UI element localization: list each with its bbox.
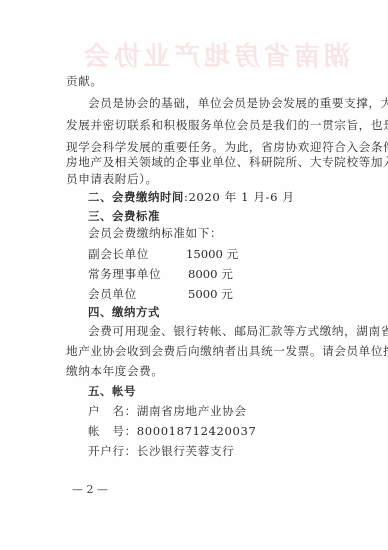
fee-label: 会员单位	[88, 286, 137, 302]
section-heading: 三、会费标准	[88, 209, 366, 223]
page-number: — 2 —	[72, 483, 108, 496]
bank-name: 开户行：长沙银行芙蓉支行	[88, 444, 366, 458]
fee-amount: 5000 元	[188, 286, 233, 302]
paragraph-line: 缴纳本年度会费。	[66, 364, 344, 378]
section-payment-time: 二、会费缴纳时间:2020 年 1 月-6 月	[88, 190, 366, 204]
fee-label: 常务理事单位	[88, 266, 161, 282]
account-name: 户 名：湖南省房地产业协会	[88, 404, 366, 418]
section-heading: 四、缴纳方式	[88, 305, 366, 319]
paragraph-line: 员申请表附后）。	[66, 172, 344, 186]
paragraph-line: 房地产及相关领域的企事业单位、科研院所、大专院校等加入（会	[66, 155, 344, 169]
paragraph-line: 地产业协会收到会费后向缴纳者出具统一发票。请会员单位按实	[66, 344, 344, 358]
paragraph-line: 会员是协会的基础，单位会员是协会发展的重要支撑，大力	[88, 96, 344, 110]
section-heading: 五、帐号	[88, 384, 366, 398]
account-number: 帐 号：800018712420037	[88, 424, 366, 438]
document-page: 湖南省房地产业协会 贡献。 会员是协会的基础，单位会员是协会发展的重要支撑，大力…	[0, 0, 388, 550]
section-heading: 二、会费缴纳时间	[88, 190, 184, 204]
paragraph-line: 现学会科学发展的重要任务。为此，省房协欢迎符合入会条件的	[66, 140, 344, 154]
fee-label: 副会长单位	[88, 246, 149, 262]
fee-amount: 8000 元	[188, 266, 233, 282]
paragraph-line: 会费可用现金、银行转帐、邮局汇款等方式缴纳，湖南省房	[88, 324, 344, 338]
fee-intro: 会员会费缴纳标准如下：	[88, 226, 366, 240]
bleed-through-letterhead: 湖南省房地产业协会	[60, 36, 350, 73]
paragraph-line: 贡献。	[66, 74, 344, 88]
payment-period: :2020 年 1 月-6 月	[184, 190, 295, 204]
paragraph-line: 发展并密切联系和积极服务单位会员是我们的一贯宗旨，也是实	[66, 118, 344, 132]
fee-amount: 15000 元	[186, 246, 238, 262]
